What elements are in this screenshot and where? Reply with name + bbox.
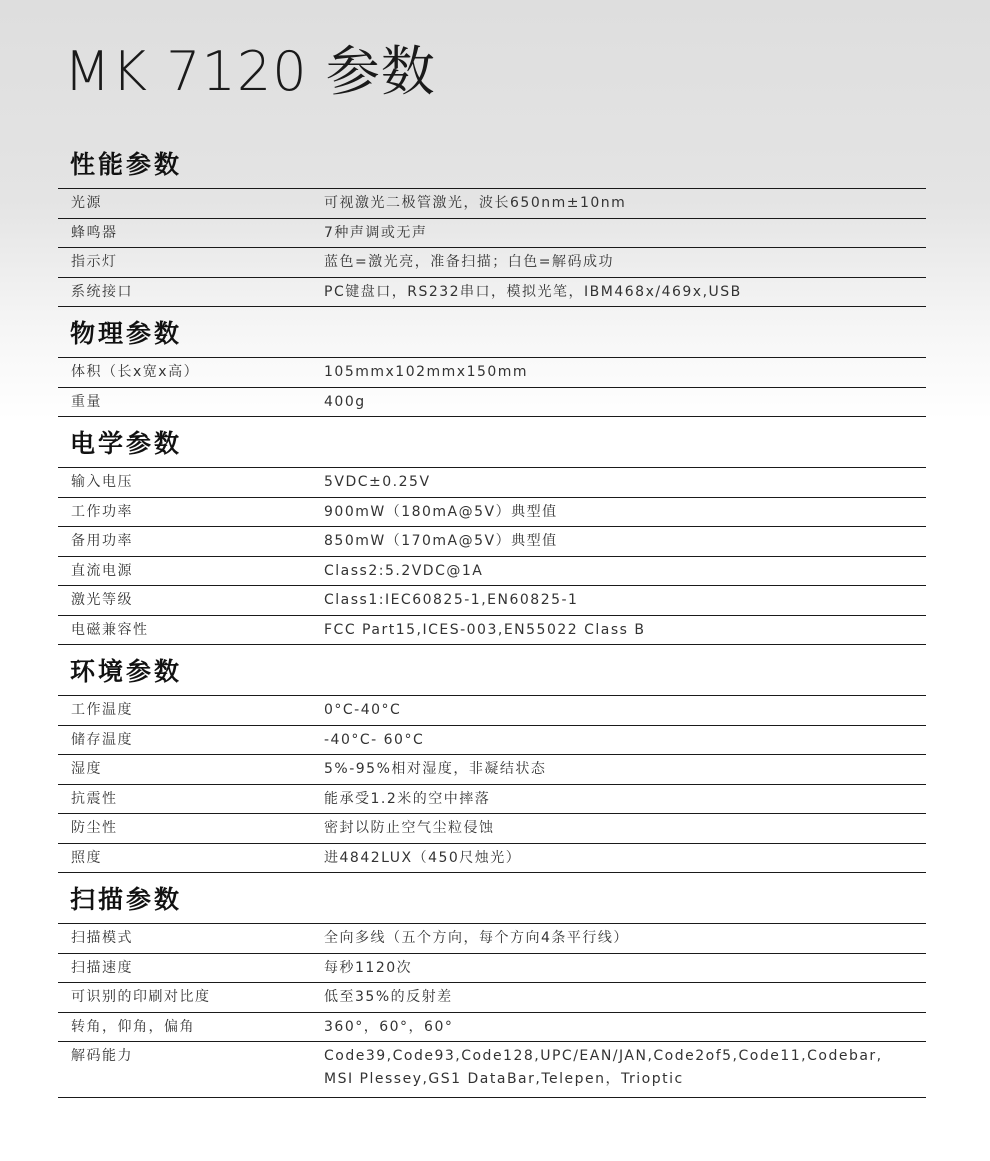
row-value: 360°，60°，60° [324,1013,926,1042]
table-row: 备用功率 850mW（170mA@5V）典型值 [58,527,926,557]
row-value: 850mW（170mA@5V）典型值 [324,527,926,556]
row-value: 可视激光二极管激光，波长650nm±10nm [324,189,926,218]
row-label: 工作功率 [58,498,324,527]
table-row: 电磁兼容性 FCC Part15,ICES-003,EN55022 Class … [58,616,926,646]
row-value: Class2:5.2VDC@1A [324,557,926,586]
row-value: Code39,Code93,Code128,UPC/EAN/JAN,Code2o… [324,1042,926,1097]
table-row: 工作温度 0°C-40°C [58,696,926,726]
section-performance: 性能参数 光源 可视激光二极管激光，波长650nm±10nm 蜂鸣器 7种声调或… [58,142,926,307]
table-row: 蜂鸣器 7种声调或无声 [58,219,926,249]
row-label: 转角，仰角，偏角 [58,1013,324,1042]
spec-table: 体积（长x宽x高） 105mmx102mmx150mm 重量 400g [58,357,926,417]
spec-table: 光源 可视激光二极管激光，波长650nm±10nm 蜂鸣器 7种声调或无声 指示… [58,188,926,307]
row-label: 输入电压 [58,468,324,497]
row-value: 全向多线（五个方向，每个方向4条平行线） [324,924,926,953]
row-label: 扫描速度 [58,954,324,983]
table-row: 可识别的印刷对比度 低至35%的反射差 [58,983,926,1013]
table-row: 扫描速度 每秒1120次 [58,954,926,984]
row-value: 蓝色=激光亮，准备扫描；白色=解码成功 [324,248,926,277]
section-physical: 物理参数 体积（长x宽x高） 105mmx102mmx150mm 重量 400g [58,311,926,417]
table-row: 重量 400g [58,388,926,418]
row-label: 直流电源 [58,557,324,586]
row-value: 400g [324,388,926,417]
section-title: 物理参数 [58,311,926,357]
spec-table: 输入电压 5VDC±0.25V 工作功率 900mW（180mA@5V）典型值 … [58,467,926,645]
row-label: 电磁兼容性 [58,616,324,645]
table-row: 储存温度 -40°C- 60°C [58,726,926,756]
row-value: 进4842LUX（450尺烛光） [324,844,926,873]
row-value: FCC Part15,ICES-003,EN55022 Class B [324,616,926,645]
row-label: 指示灯 [58,248,324,277]
row-value: PC键盘口，RS232串口，模拟光笔，IBM468x/469x,USB [324,278,926,307]
row-value: 7种声调或无声 [324,219,926,248]
row-value: 900mW（180mA@5V）典型值 [324,498,926,527]
section-scanning: 扫描参数 扫描模式 全向多线（五个方向，每个方向4条平行线） 扫描速度 每秒11… [58,877,926,1098]
section-electrical: 电学参数 输入电压 5VDC±0.25V 工作功率 900mW（180mA@5V… [58,421,926,645]
table-row: 指示灯 蓝色=激光亮，准备扫描；白色=解码成功 [58,248,926,278]
row-value: 5VDC±0.25V [324,468,926,497]
table-row: 直流电源 Class2:5.2VDC@1A [58,557,926,587]
row-value: 5%-95%相对湿度，非凝结状态 [324,755,926,784]
row-label: 系统接口 [58,278,324,307]
section-title: 性能参数 [58,142,926,188]
row-label: 体积（长x宽x高） [58,358,324,387]
row-label: 解码能力 [58,1042,324,1097]
row-label: 湿度 [58,755,324,784]
row-value: 105mmx102mmx150mm [324,358,926,387]
row-label: 备用功率 [58,527,324,556]
row-value: 密封以防止空气尘粒侵蚀 [324,814,926,843]
row-label: 蜂鸣器 [58,219,324,248]
row-label: 重量 [58,388,324,417]
table-row: 体积（长x宽x高） 105mmx102mmx150mm [58,358,926,388]
table-row: 照度 进4842LUX（450尺烛光） [58,844,926,874]
row-value: Class1:IEC60825-1,EN60825-1 [324,586,926,615]
section-environment: 环境参数 工作温度 0°C-40°C 储存温度 -40°C- 60°C 湿度 5… [58,649,926,873]
row-value: 能承受1.2米的空中摔落 [324,785,926,814]
section-title: 电学参数 [58,421,926,467]
table-row: 湿度 5%-95%相对湿度，非凝结状态 [58,755,926,785]
table-row: 输入电压 5VDC±0.25V [58,468,926,498]
section-title: 环境参数 [58,649,926,695]
table-row: 防尘性 密封以防止空气尘粒侵蚀 [58,814,926,844]
section-title: 扫描参数 [58,877,926,923]
spec-table: 工作温度 0°C-40°C 储存温度 -40°C- 60°C 湿度 5%-95%… [58,695,926,873]
row-value: -40°C- 60°C [324,726,926,755]
table-row: 扫描模式 全向多线（五个方向，每个方向4条平行线） [58,924,926,954]
table-row: 抗震性 能承受1.2米的空中摔落 [58,785,926,815]
table-row: 解码能力 Code39,Code93,Code128,UPC/EAN/JAN,C… [58,1042,926,1098]
row-label: 激光等级 [58,586,324,615]
row-value: 0°C-40°C [324,696,926,725]
table-row: 工作功率 900mW（180mA@5V）典型值 [58,498,926,528]
table-row: 转角，仰角，偏角 360°，60°，60° [58,1013,926,1043]
row-label: 储存温度 [58,726,324,755]
page-title: MK 7120 参数 [64,40,436,104]
row-label: 抗震性 [58,785,324,814]
row-label: 扫描模式 [58,924,324,953]
table-row: 激光等级 Class1:IEC60825-1,EN60825-1 [58,586,926,616]
row-label: 工作温度 [58,696,324,725]
row-label: 照度 [58,844,324,873]
table-row: 光源 可视激光二极管激光，波长650nm±10nm [58,189,926,219]
row-label: 防尘性 [58,814,324,843]
row-label: 光源 [58,189,324,218]
row-value: 每秒1120次 [324,954,926,983]
table-row: 系统接口 PC键盘口，RS232串口，模拟光笔，IBM468x/469x,USB [58,278,926,308]
spec-content: 性能参数 光源 可视激光二极管激光，波长650nm±10nm 蜂鸣器 7种声调或… [58,142,926,1102]
row-label: 可识别的印刷对比度 [58,983,324,1012]
row-value: 低至35%的反射差 [324,983,926,1012]
spec-table: 扫描模式 全向多线（五个方向，每个方向4条平行线） 扫描速度 每秒1120次 可… [58,923,926,1098]
